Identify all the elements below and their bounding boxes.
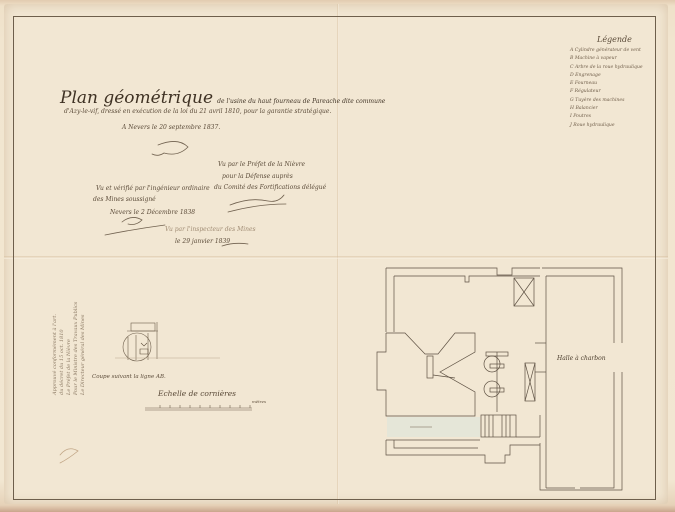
signature-vertical [60,449,78,463]
drawing-layer [0,0,675,512]
floor-plan [377,268,622,490]
scale-bar [145,405,252,410]
signature-right [228,195,286,212]
section-drawing [115,322,220,361]
signature-title [152,141,188,155]
water-channel [387,417,480,437]
signature-left [105,217,165,235]
document-scan: Plan géométrique de l'usine du haut four… [0,0,675,512]
signature-bottom [222,243,248,246]
